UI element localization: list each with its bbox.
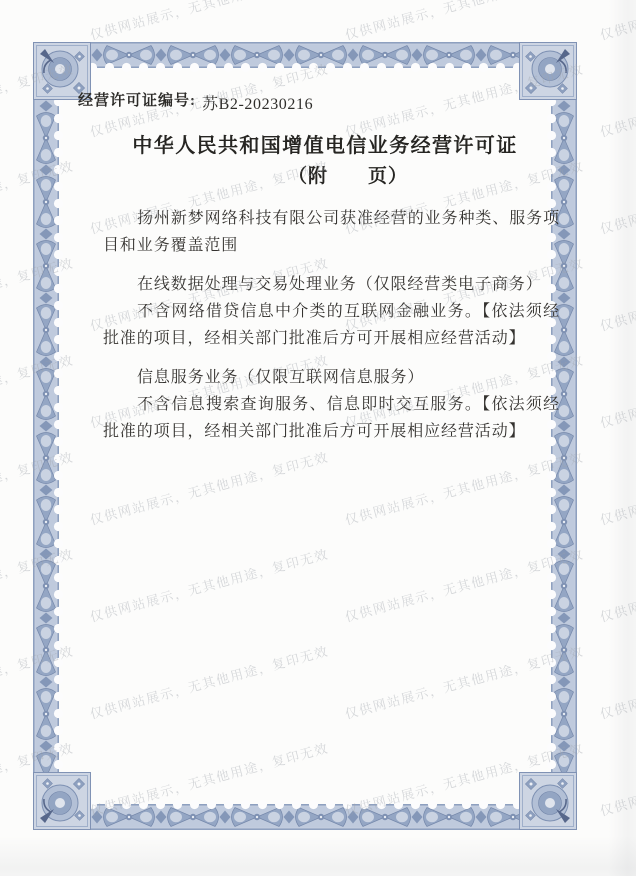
certificate-title: 中华人民共和国增值电信业务经营许可证 [53, 129, 597, 158]
paragraph-note-1: 不含网络借贷信息中介类的互联网金融业务。【依法须经批准的项目，经相关部门批准后方… [103, 298, 560, 352]
certificate-page: 经营许可证编号:苏B2-20230216 中华人民共和国增值电信业务经营许可证 … [0, 0, 636, 876]
certificate-text-layer: 经营许可证编号:苏B2-20230216 中华人民共和国增值电信业务经营许可证 … [0, 0, 636, 876]
paragraph-note-2: 不含信息搜索查询服务、信息即时交互服务。【依法须经批准的项目，经相关部门批准后方… [103, 391, 560, 445]
certificate-subtitle: （附 页） [60, 161, 636, 188]
paragraph-intro: 扬州新梦网络科技有限公司获准经营的业务种类、服务项目和业务覆盖范围 [103, 205, 560, 259]
license-number-row: 经营许可证编号:苏B2-20230216 [78, 87, 313, 110]
license-number-label: 经营许可证编号: [78, 93, 196, 109]
license-number-value: 苏B2-20230216 [202, 96, 313, 113]
paragraph-service-2: 信息服务业务（仅限互联网信息服务） [103, 364, 560, 391]
certificate-body: 扬州新梦网络科技有限公司获准经营的业务种类、服务项目和业务覆盖范围 在线数据处理… [103, 205, 560, 445]
paragraph-service-1: 在线数据处理与交易处理业务（仅限经营类电子商务） [103, 271, 560, 298]
